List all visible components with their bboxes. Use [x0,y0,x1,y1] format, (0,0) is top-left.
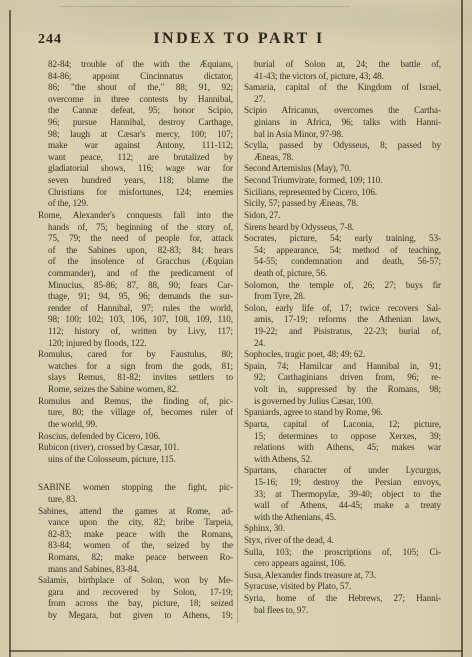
index-line: of the insolence of Gracchus (Æquian [38,256,233,268]
index-line: Sparta, capital of Laconia, 12; picture, [244,419,441,431]
index-line: bal in Asia Minor, 97-98. [244,129,441,141]
index-line: render of Hannibal, 97; rules the world, [38,303,233,315]
column-divider-rule [237,61,238,623]
index-line: Minucius, 85-86; 87, 88, 90; fears Car- [38,280,233,292]
index-line: Styx, river of the dead, 4. [244,535,441,547]
index-line: 27. [244,94,441,106]
index-line: Roscius, defended by Cicero, 106. [38,431,233,443]
index-line: Salamis, birthplace of Solon, won by Me- [38,575,233,587]
index-line: want peace, 112; are brutalized by [38,152,233,164]
index-line: ture, 80; the village of, becomes ruler … [38,407,233,419]
index-line: thage, 91; 94, 95, 96; demands the sur- [38,291,233,303]
index-line: 112; history of, written by Livy, 117; [38,326,233,338]
page-edge-left [9,10,11,657]
index-line: amis, 17-19; reforms the Athenian laws, [244,314,441,326]
index-line: cero appears against, 106. [244,558,441,570]
index-line: Spaniards, agree to stand by Rome, 96. [244,407,441,419]
index-line: Sicily, 57; passed by Æneas, 78. [244,198,441,210]
index-line: 15-16; 19; destroy the Persian envoys, [244,477,441,489]
index-line: seven hundred years, 118; blame the [38,175,233,187]
index-line: watches for a sign from the gods, 81; [38,361,233,373]
page-title: INDEX TO PART I [38,30,440,48]
index-line: of the, 129. [38,198,233,210]
index-line: ture, 83. [38,494,233,506]
index-line: Syria, home of the Hebrews, 27; Hanni- [244,593,441,605]
index-line: relations with Athens, 45; makes war [244,442,441,454]
index-line: 24. [244,338,441,350]
index-line: 15; determines to oppose Xerxes, 39; [244,431,441,443]
index-line: 82-84; trouble of the with the Æquians, [38,59,233,71]
index-line: death of, picture, 56. [244,268,441,280]
index-line: Æneas, 78. [244,152,441,164]
index-line: 98; 100; 102; 103, 106, 107, 108, 109, 1… [38,314,233,326]
section-gap [38,465,233,482]
index-line: volt in, suppressed by the Romans, 98; [244,384,441,396]
index-line: SABINE women stopping the fight, pic- [38,482,233,494]
index-line: Sophocles, tragic poet, 48; 49; 62. [244,349,441,361]
index-line: 33; at Thermopylæ, 39-40; object to the [244,489,441,501]
index-line: Romulus, cared for by Faustulus, 80; [38,349,233,361]
index-line: Solomon, the temple of, 26; 27; buys fir [244,280,441,292]
page-edge-bottom [9,650,463,652]
index-line: 54; appearance, 54; method of teaching, [244,245,441,257]
index-line: Spain, 74; Hamilcar and Hannibal in, 91; [244,361,441,373]
index-line: overcome in three contests by Hannibal, [38,94,233,106]
index-line: mans and Sabines, 83-84. [38,564,233,576]
index-column-left: 82-84; trouble of the with the Æquians,8… [38,59,233,622]
index-line: Scipio Africanus, overcomes the Cartha- [244,105,441,117]
page-edge-top [60,6,350,7]
index-line: is governed by Julius Cæsar, 100. [244,396,441,408]
index-line: the Cannæ defeat, 95; honor Scipio, [38,105,233,117]
index-line: slays Remus, 81-82; invites settlers to [38,372,233,384]
index-line: 92; Carthaginians driven from, 96; re- [244,372,441,384]
index-line: 75, 79; the need of people for, attack [38,233,233,245]
index-line: the world, 99. [38,419,233,431]
index-line: by Megara, but given to Athens, 19; [38,610,233,622]
index-line: from Tyre, 28. [244,291,441,303]
index-line: bal flees to, 97. [244,605,441,617]
index-line: Samaria, capital of the Kingdom of Israe… [244,82,441,94]
index-line: uins of the Colosseum, picture, 115. [38,454,233,466]
index-line: Socrates, picture, 54; early training, 5… [244,233,441,245]
index-line: Rubicon (river), crossed by Cæsar, 101. [38,442,233,454]
index-line: Sicilians, represented by Cicero, 106. [244,187,441,199]
index-line: 84-86; appoint Cincinnatus dictator, [38,71,233,83]
index-line: ginians in Africa, 96; talks with Hanni- [244,117,441,129]
index-line: Spartans, character of under Lycurgus, [244,465,441,477]
index-line: Sirens heard by Odysseus, 7-8. [244,222,441,234]
index-line: with the Athenians, 45. [244,512,441,524]
index-column-right: burial of Solon at, 24; the battle of,41… [244,59,441,616]
index-line: Sidon, 27. [244,210,441,222]
index-line: 82-83; make peace with the Romans, [38,529,233,541]
index-line: commander), and of the predicament of [38,268,233,280]
index-line: wall of Athens, 44-45; make a treaty [244,500,441,512]
index-line: Syracuse, visited by Plato, 57. [244,581,441,593]
index-line: Second Triumvirate, formed, 109; 110. [244,175,441,187]
index-line: Sphinx, 30. [244,523,441,535]
index-line: 19-22; and Pisistratus, 22-23; burial of… [244,326,441,338]
index-line: 120; injured by floods, 122. [38,338,233,350]
index-line: Susa, Alexander finds treasure at, 73. [244,570,441,582]
page-header: 244 INDEX TO PART I [38,30,440,52]
index-line: from across the bay, picture, 18; seized [38,598,233,610]
index-line: Romans, 82; make peace between Ro- [38,552,233,564]
index-line: 86; "the shout of the," 88; 91, 92; [38,82,233,94]
index-line: Solon, early life of, 17; twice recovers… [244,303,441,315]
index-line: burial of Solon at, 24; the battle of, [244,59,441,71]
index-line: Christians for misfortunes, 124; enemies [38,187,233,199]
index-line: gara and recovered by Solon, 17-19; [38,587,233,599]
index-line: 54-55; condemnation and death, 56-57; [244,256,441,268]
index-line: Scylla, passed by Odysseus, 8; passed by [244,140,441,152]
index-line: of the Sabines upon, 82-83; 84; hears [38,245,233,257]
index-line: 96; pursue Hannibal, destroy Carthage, [38,117,233,129]
index-line: with Athens, 52. [244,454,441,466]
index-line: 83-84; women of the, seized by the [38,540,233,552]
index-line: Second Artemisius (May), 70. [244,163,441,175]
index-line: Romulus and Remus, the finding of, pic- [38,396,233,408]
index-line: make war against Antony, 111-112; [38,140,233,152]
page-edge-right [461,0,463,657]
index-line: Rome, seizes the Sabine women, 82. [38,384,233,396]
index-line: vance upon the city, 82; bribe Tarpeia, [38,517,233,529]
index-line: Sulla, 103; the proscriptions of, 105; C… [244,547,441,559]
index-line: hands of, 75; beginning of the story of, [38,222,233,234]
index-line: gladiatorial shows, 116; wage war for [38,163,233,175]
index-line: 98; laugh at Cæsar's mercy, 100; 107; [38,129,233,141]
scanned-book-page: 244 INDEX TO PART I 82-84; trouble of th… [0,0,472,657]
index-line: 41-43; the victors of, picture, 43; 48. [244,71,441,83]
index-line: Rome, Alexander's conquests fall into th… [38,210,233,222]
index-line: Sabines, attend the games at Rome, ad- [38,506,233,518]
